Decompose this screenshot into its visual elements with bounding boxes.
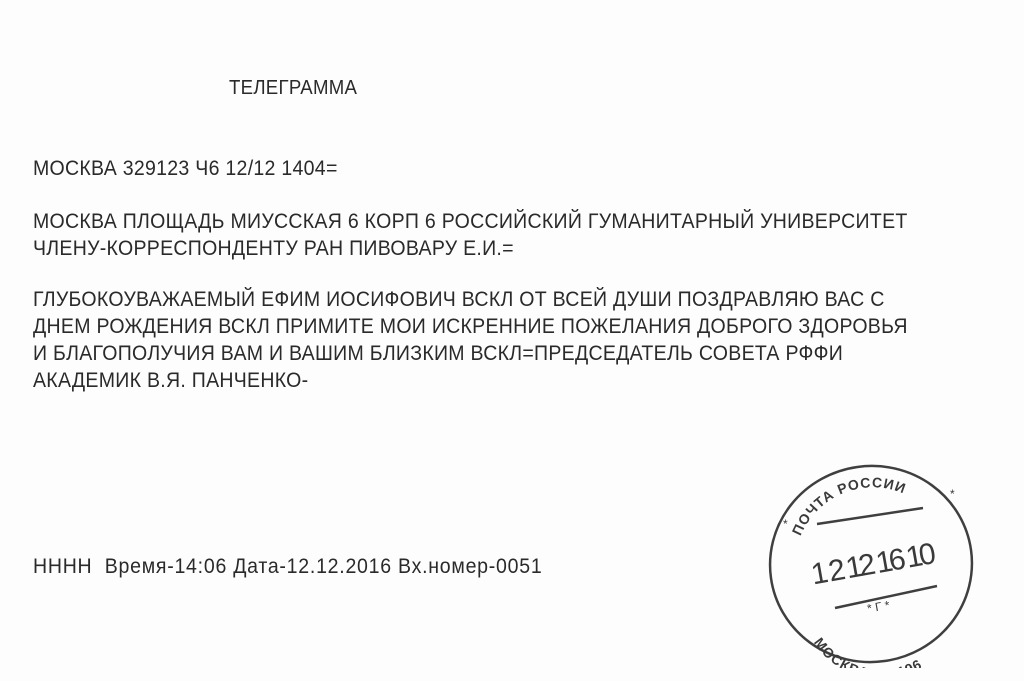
svg-text:*: * [783,517,788,531]
message-line-3: И БЛАГОПОЛУЧИЯ ВАМ И ВАШИМ БЛИЗКИМ ВСКЛ=… [33,342,843,366]
message-line-2: ДНЕМ РОЖДЕНИЯ ВСКЛ ПРИМИТЕ МОИ ИСКРЕННИЕ… [33,315,908,339]
postal-stamp-graphic: ПОЧТА РОССИИ * * 1 2 12 16 10 * Г * МОСК… [765,456,977,668]
svg-text:ПОЧТА РОССИИ: ПОЧТА РОССИИ [789,474,909,538]
svg-text:*: * [950,487,955,501]
receipt-footer-line: НННН Время-14:06 Дата-12.12.2016 Вх.номе… [33,555,542,579]
stamp-date-text: 1 2 12 16 10 [809,537,939,591]
postal-stamp: ПОЧТА РОССИИ * * 1 2 12 16 10 * Г * МОСК… [765,456,977,668]
telegram-page: ТЕЛЕГРАММА МОСКВА 329123 Ч6 12/12 1404= … [0,0,1024,681]
stamp-letter: * Г * [866,598,891,616]
message-line-4: АКАДЕМИК В.Я. ПАНЧЕНКО- [33,369,308,393]
stamp-top-text: ПОЧТА РОССИИ [789,474,909,538]
telegram-header-line: МОСКВА 329123 Ч6 12/12 1404= [33,157,338,181]
document-title: ТЕЛЕГРАММА [229,76,357,100]
address-line-1: МОСКВА ПЛОЩАДЬ МИУССКАЯ 6 КОРП 6 РОССИЙС… [33,210,908,234]
message-line-1: ГЛУБОКОУВАЖАЕМЫЙ ЕФИМ ИОСИФОВИЧ ВСКЛ ОТ … [33,288,885,312]
address-line-2: ЧЛЕНУ-КОРРЕСПОНДЕНТУ РАН ПИВОВАРУ Е.И.= [33,237,514,261]
